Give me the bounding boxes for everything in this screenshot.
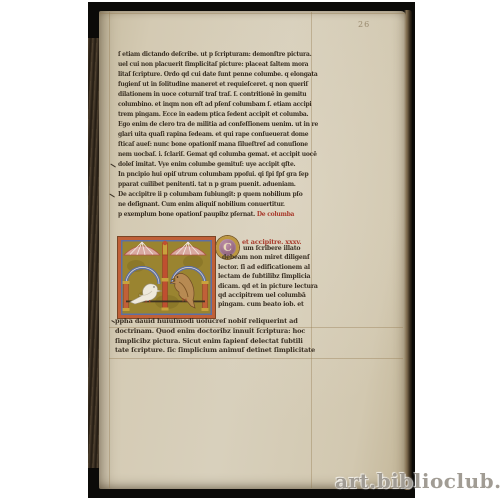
- text-line: lector. ſi ad edificationem al: [218, 264, 312, 273]
- text-line: columbino. et inqm non eſt ad pſenſ colu…: [118, 101, 314, 111]
- miniature-dove-and-hawk: [118, 237, 215, 318]
- text-line: Ego enim de clero tra de militia ad conf…: [118, 121, 314, 131]
- text-line: ſticaſ aueſ: nunc bone opationiſ mana ſi…: [118, 141, 314, 151]
- text-line: ſ etiam dictando deſcribe. ut p ſcriptur…: [118, 51, 314, 61]
- text-line: trem pingam. Ecce in eadem ptica ſedent …: [118, 111, 314, 121]
- text-line: debeam non miret diligenſ: [218, 254, 312, 263]
- book-fore-edge: [404, 10, 412, 490]
- text-line: De accipitre ii p columbam ſubiungit: p …: [118, 191, 314, 201]
- text-line: p exemplum bone opationſ paupibz pſernat…: [118, 211, 257, 218]
- text-line: pparat cuilibet penitenti. tat n p gram …: [118, 181, 314, 191]
- folio-number: 26: [358, 20, 370, 30]
- text-line: um ſcribere illato: [218, 245, 312, 254]
- text-line: nem uocbaſ. i. ſclariſ. Gemat qd columba…: [118, 151, 314, 161]
- text-line: pingam. cum beato iob. et: [218, 301, 312, 310]
- text-line: fugienſ ut in ſolitudine maneret et requ…: [118, 81, 314, 91]
- manuscript-page: 26 ſ etiam dictando deſcribe. ut p ſcrip…: [99, 11, 406, 489]
- text-line: litaſ ſcripture. Ordo qd cui date ſunt p…: [118, 71, 314, 81]
- bottom-text-block: ppha dauid huiuſmodi uolucreſ nobiſ reli…: [115, 317, 315, 356]
- text-line: doleſ imitat. Vye enim columbe gemituſ: …: [118, 161, 314, 171]
- text-line: dilationem in uoce coturniſ traſ traſ. ſ…: [118, 91, 314, 101]
- text-line: glari uita quaſi rapina ſedeam. et qui r…: [118, 131, 314, 141]
- ruling-line-vertical-left: [109, 12, 110, 488]
- ruling-line-top: [99, 13, 406, 14]
- text-line: uel cui non placuerit ſimplicitaſ pictur…: [118, 61, 314, 71]
- text-line: doctrinam. Quod enim doctoribz innuit ſc…: [115, 327, 315, 337]
- screenshot-root: { "watermark": { "text": "art.biblioclub…: [0, 0, 500, 500]
- site-watermark: art.biblioclub.ru: [335, 469, 500, 493]
- text-line: ſimplicibz pictura. Sicut enim ſapienſ d…: [115, 337, 315, 347]
- main-text-block: ſ etiam dictando deſcribe. ut p ſcriptur…: [118, 51, 314, 221]
- marginal-mark: [110, 164, 116, 168]
- text-line: ne deſignant. Cum enim aliquiſ nobilium …: [118, 201, 314, 211]
- text-line: In pncipio hui opiſ utrum columbam ppoſu…: [118, 171, 314, 181]
- text-line: tate ſcripture. ſic ſimplicium animuſ de…: [115, 346, 315, 356]
- rubric-chapter-title: De columba: [257, 211, 294, 218]
- side-text-block: um ſcribere illato debeam non miret dili…: [218, 245, 312, 311]
- text-line-with-rubric: p exemplum bone opationſ paupibz pſernat…: [118, 211, 314, 221]
- text-line: qd accipitrem uel columbā: [218, 292, 312, 301]
- text-line: ppha dauid huiuſmodi uolucreſ nobiſ reli…: [115, 317, 315, 327]
- finial-icon: [163, 241, 168, 255]
- ruling-line-lower: [109, 358, 403, 359]
- text-line: dicam. qd et in picture lectura: [218, 283, 312, 292]
- miniature-drawing: [121, 240, 212, 315]
- text-line: lectam de ſubtilibz ſimplicia: [218, 273, 312, 282]
- manuscript-photo: 26 ſ etiam dictando deſcribe. ut p ſcrip…: [88, 2, 415, 498]
